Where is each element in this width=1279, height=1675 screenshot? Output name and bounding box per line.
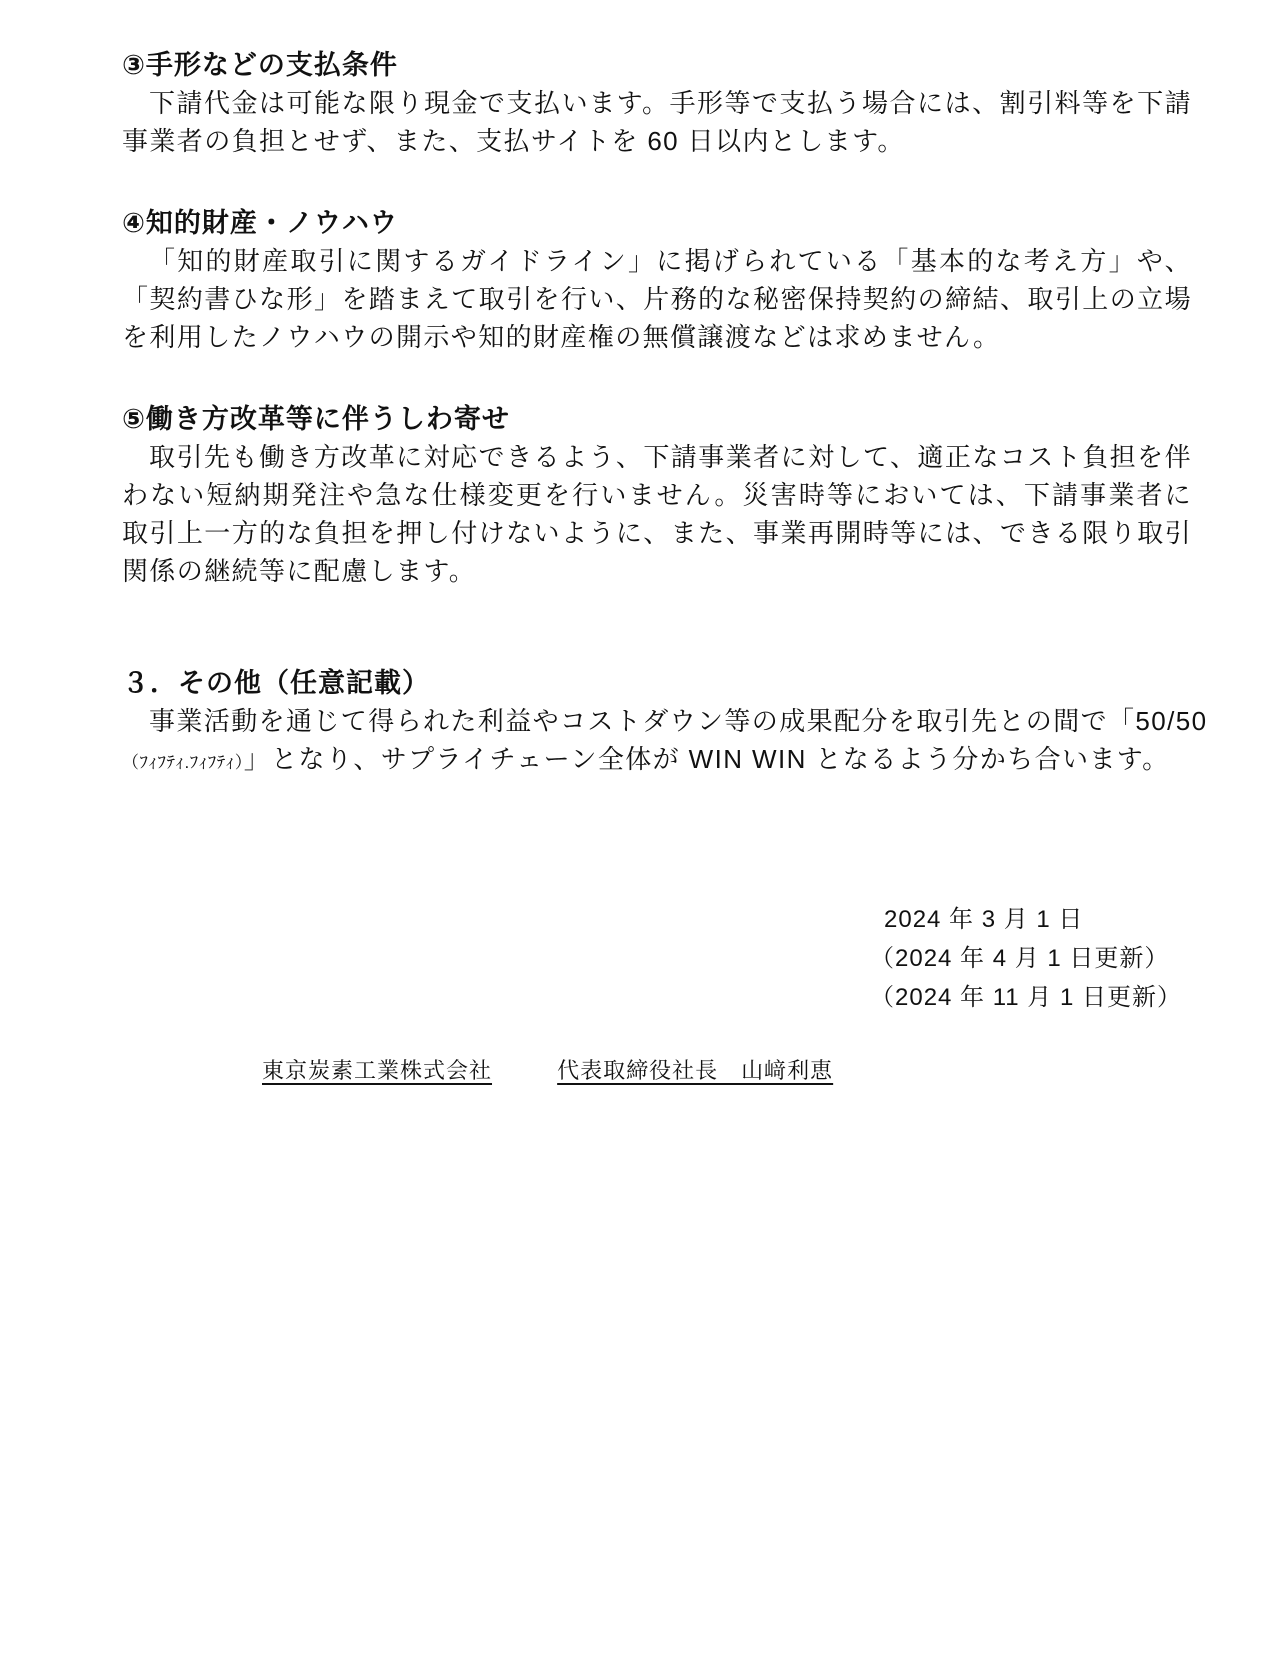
company-name: 東京炭素工業株式会社 <box>262 1058 492 1083</box>
section-workstyle-reform: ⑤働き方改革等に伴うしわ寄せ 取引先も働き方改革に対応できるよう、下請事業者に対… <box>122 400 1192 590</box>
update-date-2: （2024 年 11 月 1 日更新） <box>870 978 1192 1017</box>
section-heading-intellectual-property: ④知的財産・ノウハウ <box>122 204 1192 242</box>
section-heading-workstyle-reform: ⑤働き方改革等に伴うしわ寄せ <box>122 400 1192 438</box>
section-body-other: 事業活動を通じて得られた利益やコストダウン等の成果配分を取引先との間で「50/5… <box>122 702 1192 782</box>
section-body-workstyle-reform: 取引先も働き方改革に対応できるよう、下請事業者に対して、適正なコスト負担を伴わな… <box>122 438 1192 590</box>
other-body-line-2: （ﾌｨﾌﾃｨ.ﾌｨﾌﾃｨ）」となり、サプライチェーン全体が WIN WIN とな… <box>122 740 1192 782</box>
section-body-payment-terms: 下請代金は可能な限り現金で支払います。手形等で支払う場合には、割引料等を下請事業… <box>122 84 1192 160</box>
document-page: ③手形などの支払条件 下請代金は可能な限り現金で支払います。手形等で支払う場合に… <box>0 0 1279 1675</box>
issue-date: 2024 年 3 月 1 日 <box>870 900 1192 939</box>
section-heading-payment-terms: ③手形などの支払条件 <box>122 46 1192 84</box>
fifty-fifty-reading: （ﾌｨﾌﾃｨ.ﾌｨﾌﾃｨ） <box>122 753 244 772</box>
section-other: ３．その他（任意記載） 事業活動を通じて得られた利益やコストダウン等の成果配分を… <box>122 664 1192 782</box>
section-payment-terms: ③手形などの支払条件 下請代金は可能な限り現金で支払います。手形等で支払う場合に… <box>122 46 1192 160</box>
other-body-line-2-text: 」となり、サプライチェーン全体が WIN WIN となるよう分かち合います。 <box>244 744 1170 774</box>
date-block: 2024 年 3 月 1 日 （2024 年 4 月 1 日更新） （2024 … <box>870 900 1192 1017</box>
section-intellectual-property: ④知的財産・ノウハウ 「知的財産取引に関するガイドライン」に掲げられている「基本… <box>122 204 1192 356</box>
other-body-line-1: 事業活動を通じて得られた利益やコストダウン等の成果配分を取引先との間で「50/5… <box>122 702 1192 740</box>
signature-line: 東京炭素工業株式会社 代表取締役社長 山﨑利恵 <box>262 1055 1192 1087</box>
representative-title-and-name: 代表取締役社長 山﨑利恵 <box>557 1058 833 1083</box>
document-content: ③手形などの支払条件 下請代金は可能な限り現金で支払います。手形等で支払う場合に… <box>122 46 1192 1087</box>
section-heading-other: ３．その他（任意記載） <box>122 664 1192 702</box>
section-body-intellectual-property: 「知的財産取引に関するガイドライン」に掲げられている「基本的な考え方」や、「契約… <box>122 242 1192 356</box>
update-date-1: （2024 年 4 月 1 日更新） <box>870 939 1192 978</box>
